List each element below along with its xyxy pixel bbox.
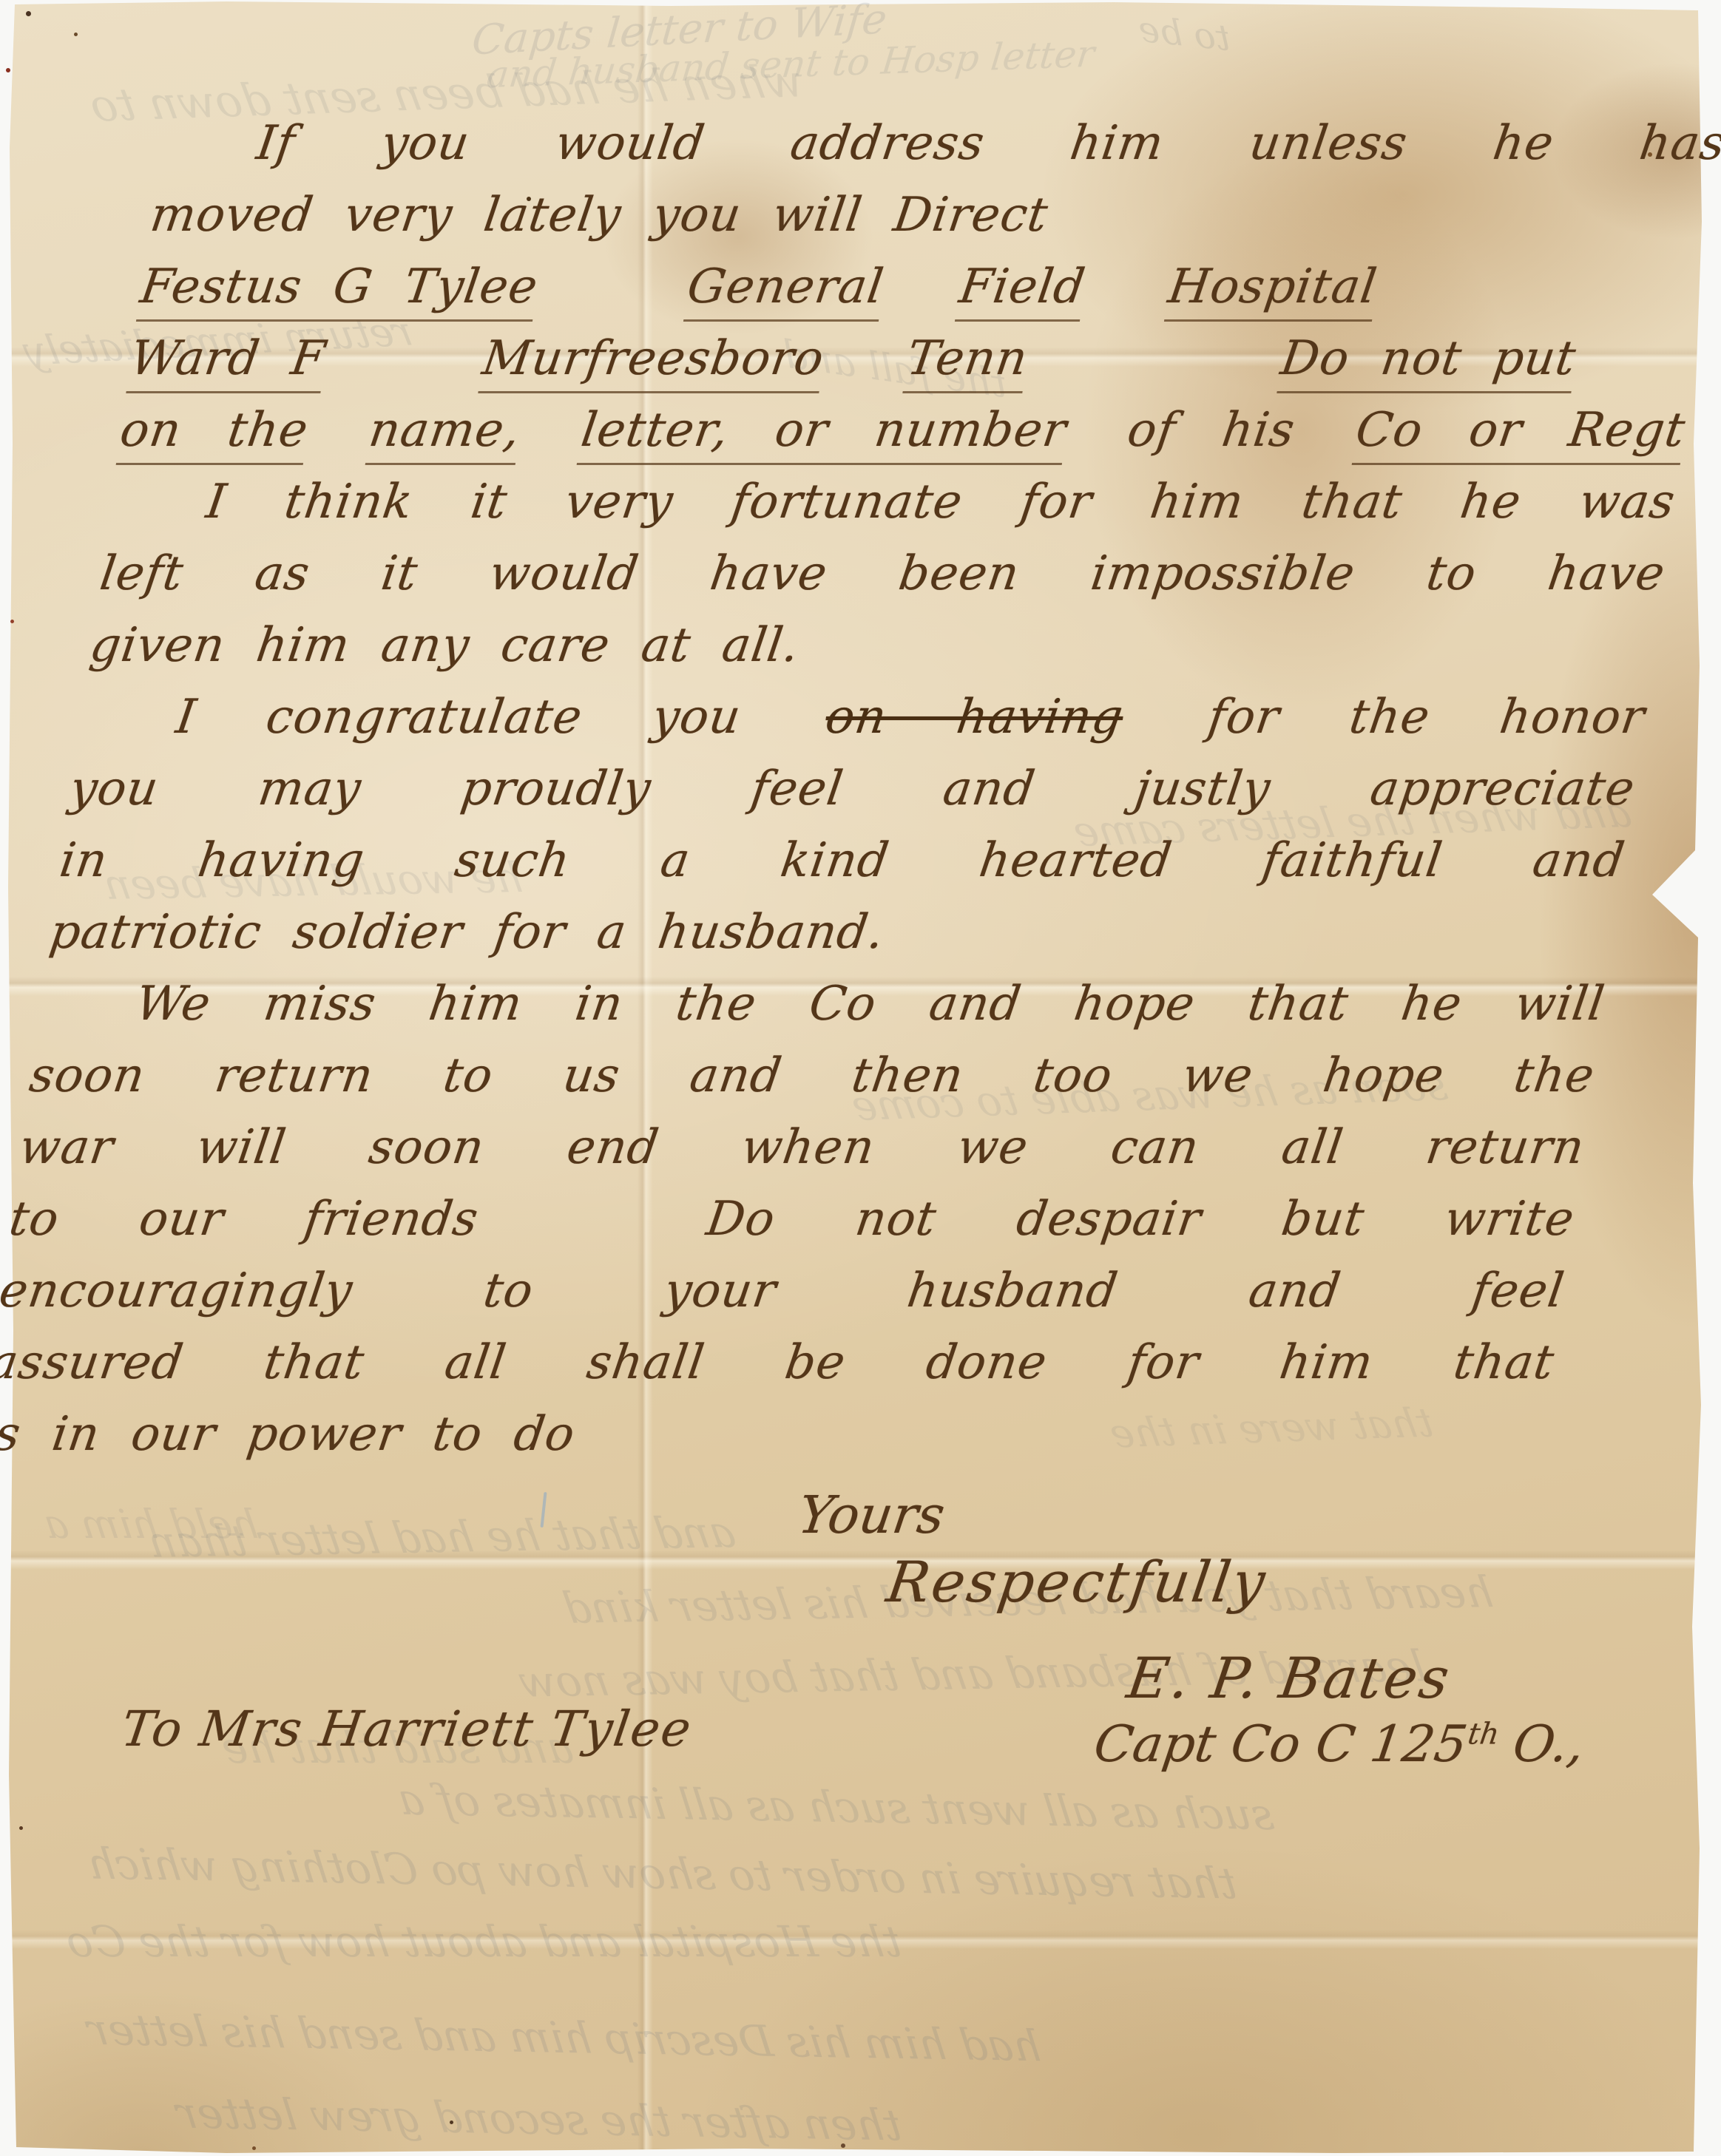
paper-speck — [527, 197, 531, 201]
letter-line: is in our power to do — [0, 1399, 1549, 1471]
line-segment: Hospital — [1164, 260, 1381, 322]
line-segment: for the honor — [1205, 690, 1649, 745]
line-segment: Ward F — [126, 331, 328, 393]
line-segment: Tenn — [902, 331, 1031, 393]
line-segment: soon return to us and then too we hope t… — [26, 1048, 1597, 1103]
line-segment: is in our power to do — [0, 1407, 578, 1462]
letter-line: war will soon end when we can all return — [15, 1112, 1589, 1184]
letter-line: We miss him in the Co and hope that he w… — [35, 969, 1609, 1040]
rank-ordinal: th — [1466, 1717, 1501, 1751]
paper-speck — [450, 2121, 453, 2124]
line-segment: Murfreesboro — [478, 331, 828, 393]
letter-line: Ward F Murfreesboro Tenn Do not put — [126, 323, 1700, 395]
recipient-line: To Mrs Harriett Tylee — [118, 1701, 696, 1757]
letter-line: on the name, letter, or number of his Co… — [115, 395, 1690, 467]
letter-line: I think it very fortunate for him that h… — [106, 467, 1680, 538]
letter-line: left as it would have been impossible to… — [95, 538, 1670, 610]
line-segment: left as it would have been impossible to… — [97, 546, 1668, 601]
line-segment: of his — [1124, 403, 1299, 458]
letter-line: If you would address him unless he has — [156, 108, 1721, 180]
closing-yours: Yours — [794, 1485, 948, 1545]
closing-respectfully: Respectfully — [883, 1549, 1271, 1615]
line-segment: I congratulate you — [173, 690, 745, 745]
letter-line: I congratulate you on having for the hon… — [75, 682, 1650, 753]
paper-speck — [841, 2143, 845, 2148]
paper-speck — [19, 1826, 23, 1830]
line-segment: Field — [955, 260, 1089, 322]
line-segment: to our friends — [6, 1192, 482, 1247]
line-segment: in having such a kind hearted faithful a… — [56, 833, 1628, 888]
paper-speck — [74, 33, 78, 36]
line-segment: Do not despair but write — [703, 1192, 1578, 1247]
line-segment: I think it very fortunate for him that h… — [203, 475, 1678, 529]
line-segment: If you would address him unless he has — [254, 116, 1721, 171]
line-segment: you may proudly feel and justly apprecia… — [67, 762, 1638, 816]
line-segment: name, — [365, 403, 524, 465]
paper-speck — [26, 11, 31, 16]
line-segment: moved very lately you will Direct — [147, 188, 1052, 243]
scanned-letter-page: Capts letter to Wifeand husband sent to … — [0, 0, 1721, 2156]
line-segment: Do not put — [1277, 331, 1580, 393]
letter-line: moved very lately you will Direct — [146, 180, 1720, 251]
letter-line: in having such a kind hearted faithful a… — [55, 825, 1630, 897]
signature: E. P. Bates — [1123, 1645, 1455, 1711]
letter-line: encouragingly to your husband and feel — [0, 1255, 1569, 1327]
line-segment: letter, or number — [577, 403, 1070, 465]
letter-line: Festus G Tylee General Field Hospital — [136, 251, 1711, 323]
letter-line: you may proudly feel and justly apprecia… — [65, 753, 1640, 825]
line-segment: given him any care at all. — [87, 618, 802, 673]
letter-line: patriotic soldier for a husband. — [45, 897, 1620, 969]
letter-line: to our friends Do not despair but write — [4, 1184, 1579, 1255]
line-segment: encouragingly to your husband and feel — [0, 1264, 1568, 1318]
letter-body: If you would address him unless he hasmo… — [0, 108, 1721, 1471]
letter-line: soon return to us and then too we hope t… — [25, 1040, 1600, 1112]
line-segment: patriotic soldier for a husband. — [47, 905, 888, 960]
paper-speck — [6, 68, 10, 72]
signature-rank: Capt Co C 125th O., — [1090, 1715, 1588, 1774]
paper-speck — [252, 2146, 256, 2150]
paper-speck — [1648, 152, 1652, 157]
line-segment: We miss him in the Co and hope that he w… — [132, 977, 1608, 1031]
paper-speck — [10, 620, 14, 623]
letter-line: given him any care at all. — [85, 610, 1660, 682]
letter-line: assured that all shall be done for him t… — [0, 1327, 1559, 1399]
rank-suffix: O., — [1493, 1715, 1588, 1774]
line-segment: assured that all shall be done for him t… — [0, 1335, 1558, 1390]
struck-out-text: on having — [822, 690, 1127, 745]
line-segment: Co or Regt — [1351, 403, 1688, 465]
line-segment: General — [683, 260, 887, 322]
rank-prefix: Capt Co C 125 — [1090, 1715, 1470, 1774]
line-segment: on the — [116, 403, 312, 465]
line-segment: Festus G Tylee — [136, 260, 541, 322]
line-segment: war will soon end when we can all return — [16, 1120, 1588, 1175]
